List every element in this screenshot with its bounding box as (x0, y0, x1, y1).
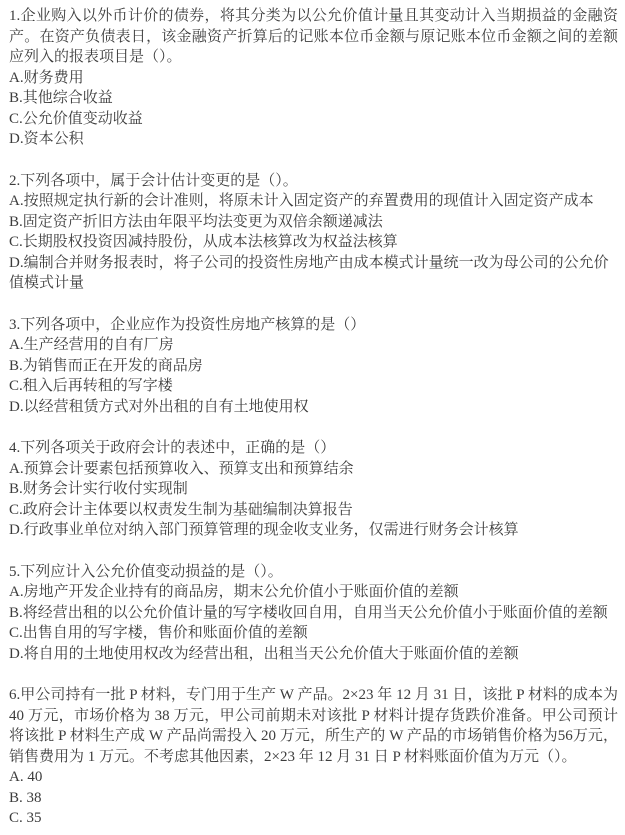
exam-question-page: 1.企业购入以外币计价的债券，将其分类为以公允价值计量且其变动计入当期损益的金融… (9, 6, 618, 829)
question-stem: 5.下列应计入公允价值变动损益的是（）。 (9, 562, 618, 583)
question-5: 5.下列应计入公允价值变动损益的是（）。 A.房地产开发企业持有的商品房，期末公… (9, 562, 618, 665)
question-4: 4.下列各项关于政府会计的表述中，正确的是（） A.预算会计要素包括预算收入、预… (9, 438, 618, 541)
option-line: D.资本公积 (9, 129, 618, 150)
question-stem: 2.下列各项中，属于会计估计变更的是（）。 (9, 171, 618, 192)
option-line: C.长期股权投资因减持股份，从成本法核算改为权益法核算 (9, 232, 618, 253)
question-3: 3.下列各项中，企业应作为投资性房地产核算的是（） A.生产经营用的自有厂房 B… (9, 315, 618, 418)
option-line: C. 35 (9, 808, 618, 829)
question-2: 2.下列各项中，属于会计估计变更的是（）。 A.按照规定执行新的会计准则，将原未… (9, 171, 618, 294)
option-line: A. 40 (9, 767, 618, 788)
option-line: A.按照规定执行新的会计准则，将原未计入固定资产的弃置费用的现值计入固定资产成本 (9, 191, 618, 212)
question-stem: 4.下列各项关于政府会计的表述中，正确的是（） (9, 438, 618, 459)
question-stem: 3.下列各项中，企业应作为投资性房地产核算的是（） (9, 315, 618, 336)
option-line: D.行政事业单位对纳入部门预算管理的现金收支业务，仅需进行财务会计核算 (9, 520, 618, 541)
option-line: C.出售自用的写字楼，售价和账面价值的差额 (9, 623, 618, 644)
option-line: B.将经营出租的以公允价值计量的写字楼收回自用，自用当天公允价值小于账面价值的差… (9, 603, 618, 624)
question-1: 1.企业购入以外币计价的债券，将其分类为以公允价值计量且其变动计入当期损益的金融… (9, 6, 618, 150)
option-line: B.其他综合收益 (9, 88, 618, 109)
option-line: C.公允价值变动收益 (9, 109, 618, 130)
option-line: D.将自用的土地使用权改为经营出租，出租当天公允价值大于账面价值的差额 (9, 644, 618, 665)
question-6: 6.甲公司持有一批 P 材料，专门用于生产 W 产品。2×23 年 12 月 3… (9, 685, 618, 829)
option-line: B. 38 (9, 788, 618, 809)
question-stem: 1.企业购入以外币计价的债券，将其分类为以公允价值计量且其变动计入当期损益的金融… (9, 6, 618, 68)
option-line: B.财务会计实行收付实现制 (9, 479, 618, 500)
option-line: A.生产经营用的自有厂房 (9, 335, 618, 356)
option-line: A.预算会计要素包括预算收入、预算支出和预算结余 (9, 459, 618, 480)
option-line: A.房地产开发企业持有的商品房，期末公允价值小于账面价值的差额 (9, 582, 618, 603)
option-line: C.租入后再转租的写字楼 (9, 376, 618, 397)
option-line: D.编制合并财务报表时，将子公司的投资性房地产由成本模式计量统一改为母公司的公允… (9, 253, 618, 294)
option-line: C.政府会计主体要以权责发生制为基础编制决算报告 (9, 500, 618, 521)
option-line: A.财务费用 (9, 68, 618, 89)
option-line: D.以经营租赁方式对外出租的自有土地使用权 (9, 397, 618, 418)
question-stem: 6.甲公司持有一批 P 材料，专门用于生产 W 产品。2×23 年 12 月 3… (9, 685, 618, 767)
option-line: B.固定资产折旧方法由年限平均法变更为双倍余额递减法 (9, 212, 618, 233)
option-line: B.为销售而正在开发的商品房 (9, 356, 618, 377)
